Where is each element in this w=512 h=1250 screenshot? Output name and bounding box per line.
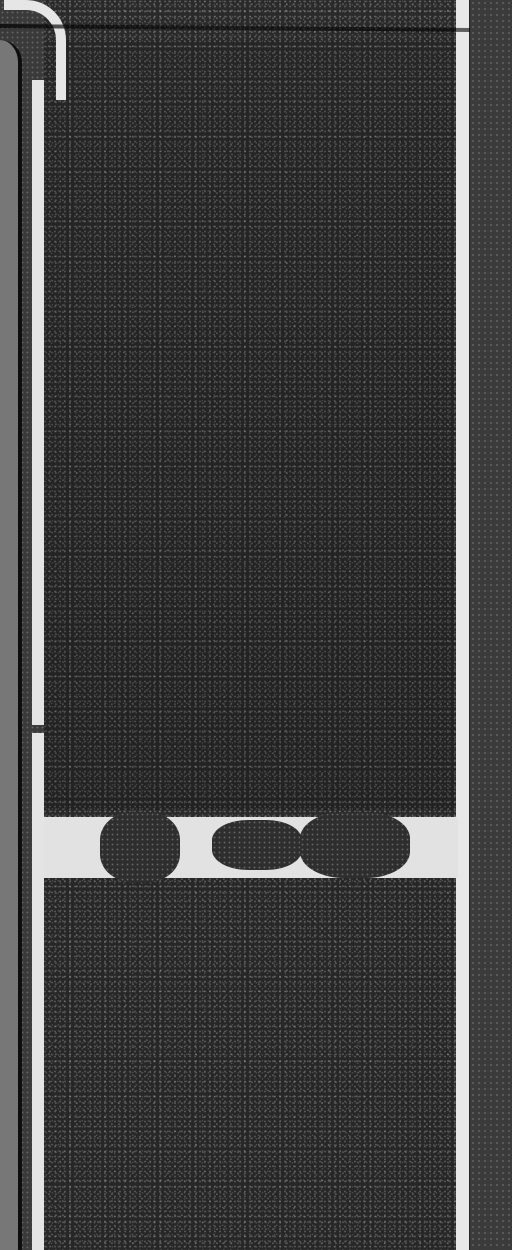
left-edge-line-lower bbox=[32, 733, 44, 1250]
stop-bar-wear bbox=[212, 820, 302, 870]
upper-lane-shading bbox=[44, 40, 458, 810]
stop-bar-wear bbox=[300, 812, 410, 878]
road-scan bbox=[0, 0, 512, 1250]
lower-lane-shading bbox=[44, 878, 458, 1250]
left-edge-line bbox=[32, 80, 44, 725]
right-edge-line bbox=[456, 0, 469, 1250]
stop-bar-wear bbox=[100, 812, 180, 882]
curb bbox=[0, 40, 22, 1250]
right-shoulder bbox=[470, 0, 512, 1250]
